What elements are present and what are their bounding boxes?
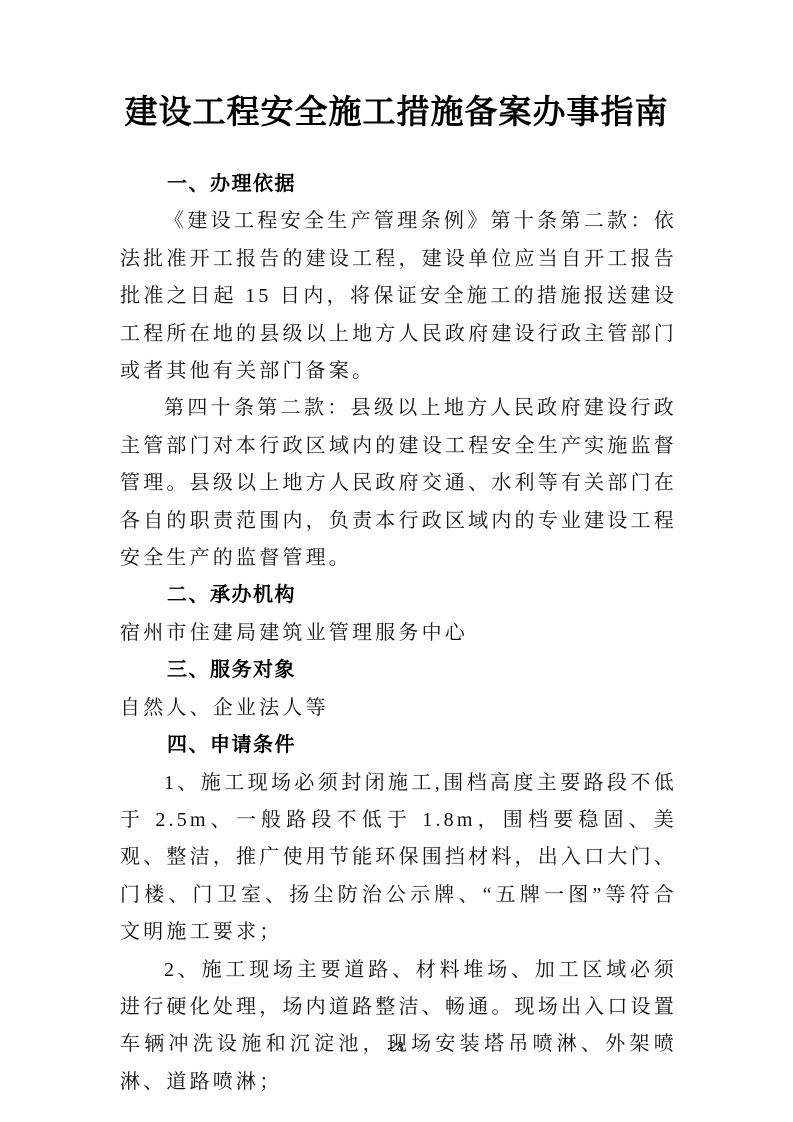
section-heading-audience: 三、服务对象 xyxy=(120,652,677,689)
section-heading-agency: 二、承办机构 xyxy=(120,577,677,614)
paragraph-agency: 宿州市住建局建筑业管理服务中心 xyxy=(120,615,677,652)
paragraph-condition-1: 1、施工现场必须封闭施工,围档高度主要路段不低于 2.5m、一般路段不低于 1.… xyxy=(120,765,677,952)
paragraph-basis-2: 第四十条第二款：县级以上地方人民政府建设行政主管部门对本行政区域内的建设工程安全… xyxy=(120,390,677,577)
section-heading-conditions: 四、申请条件 xyxy=(120,727,677,764)
paragraph-basis-1: 《建设工程安全生产管理条例》第十条第二款：依法批准开工报告的建设工程，建设单位应… xyxy=(120,203,677,390)
paragraph-audience: 自然人、企业法人等 xyxy=(120,690,677,727)
document-page: 建设工程安全施工措施备案办事指南 一、办理依据 《建设工程安全生产管理条例》第十… xyxy=(0,0,793,1122)
section-heading-basis: 一、办理依据 xyxy=(120,166,677,203)
page-number: 23 xyxy=(0,1039,793,1054)
page-title: 建设工程安全施工措施备案办事指南 xyxy=(0,86,793,133)
paragraph-condition-2: 2、施工现场主要道路、材料堆场、加工区域必须进行硬化处理，场内道路整洁、畅通。现… xyxy=(120,952,677,1102)
document-body: 一、办理依据 《建设工程安全生产管理条例》第十条第二款：依法批准开工报告的建设工… xyxy=(120,166,677,1101)
